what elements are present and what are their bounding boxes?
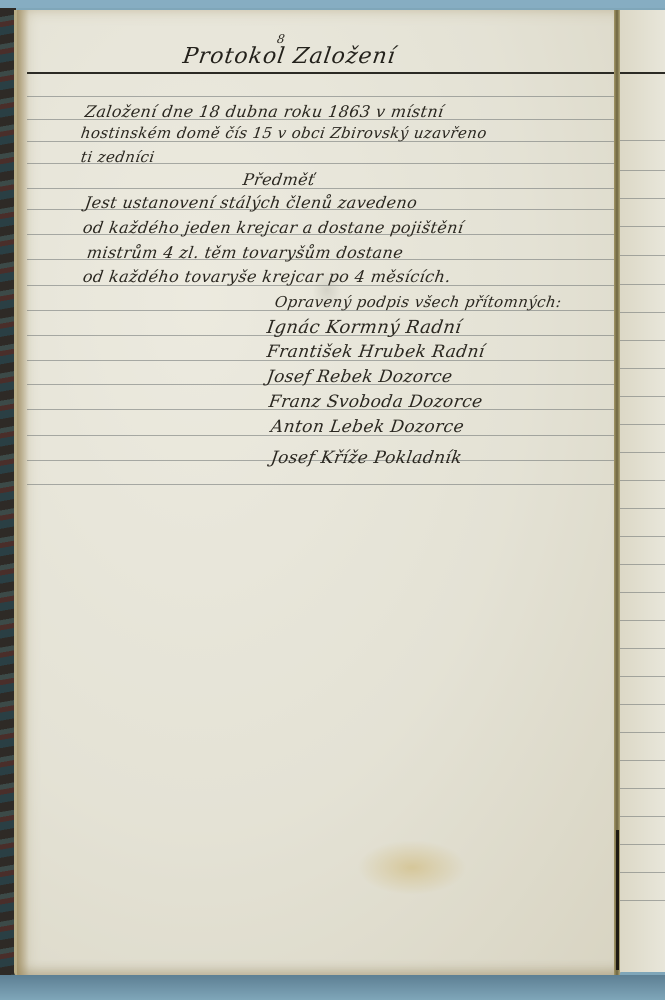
ledger-page-right <box>620 10 665 972</box>
ruled-line <box>27 484 617 485</box>
ruled-line <box>620 198 665 199</box>
ruled-line <box>620 368 665 369</box>
ruled-line <box>620 900 665 901</box>
header-rule <box>620 72 665 74</box>
body-line: od každého jeden krejcar a dostane pojiš… <box>82 218 465 237</box>
ruled-line <box>620 732 665 733</box>
page-title: Protokol Založení <box>181 44 397 69</box>
title-text: Protokol Založení <box>181 44 397 69</box>
signature-line: Franz Svoboda Dozorce <box>268 392 484 412</box>
ruled-line <box>620 536 665 537</box>
signature-line: Josef Rebek Dozorce <box>266 367 454 387</box>
signature-line: František Hrubek Radní <box>266 342 487 362</box>
ruled-line <box>620 844 665 845</box>
ruled-line <box>620 508 665 509</box>
water-stain <box>357 840 467 895</box>
ruled-line <box>620 255 665 256</box>
ruled-line <box>620 788 665 789</box>
ruled-line <box>620 816 665 817</box>
body-line: hostinském domě čís 15 v obci Zbirovský … <box>80 124 488 142</box>
body-line: Jest ustanovení stálých členů zavedeno <box>84 193 419 212</box>
background-bottom <box>0 975 665 1000</box>
header-rule <box>27 72 617 74</box>
ruled-line <box>620 872 665 873</box>
ruled-line <box>620 170 665 171</box>
background-top <box>0 0 665 8</box>
ruled-line <box>620 452 665 453</box>
ruled-line <box>620 676 665 677</box>
ruled-line <box>620 704 665 705</box>
signature-line: Anton Lebek Dozorce <box>270 417 466 437</box>
ruled-line <box>620 140 665 141</box>
ruled-line <box>620 284 665 285</box>
ruled-line <box>620 226 665 227</box>
ruled-line <box>620 592 665 593</box>
body-line: Založení dne 18 dubna roku 1863 v místní <box>84 102 445 121</box>
ruled-line <box>27 96 617 97</box>
body-line: ti zedníci <box>80 148 156 166</box>
signature-line: Ignác Kormný Radní <box>266 317 463 338</box>
ruled-line <box>620 564 665 565</box>
ruled-line <box>620 620 665 621</box>
body-line: od každého tovaryše krejcar po 4 měsícíc… <box>82 267 453 286</box>
signatures-heading: Opravený podpis všech přítomných: <box>274 293 563 311</box>
ruled-line <box>620 424 665 425</box>
ledger-page-left: Protokol Založení 8 Založení dne 18 dubn… <box>14 10 621 976</box>
signature-line: Josef Kříže Pokladník <box>270 448 464 468</box>
ruled-line <box>620 760 665 761</box>
ruled-line <box>620 648 665 649</box>
ruled-line <box>27 188 617 189</box>
ruled-line <box>620 340 665 341</box>
ruled-line <box>620 480 665 481</box>
ruled-line <box>620 396 665 397</box>
body-line: mistrům 4 zl. těm tovaryšům dostane <box>86 243 405 262</box>
ruled-line <box>620 312 665 313</box>
subheading: Předměť <box>242 170 317 189</box>
